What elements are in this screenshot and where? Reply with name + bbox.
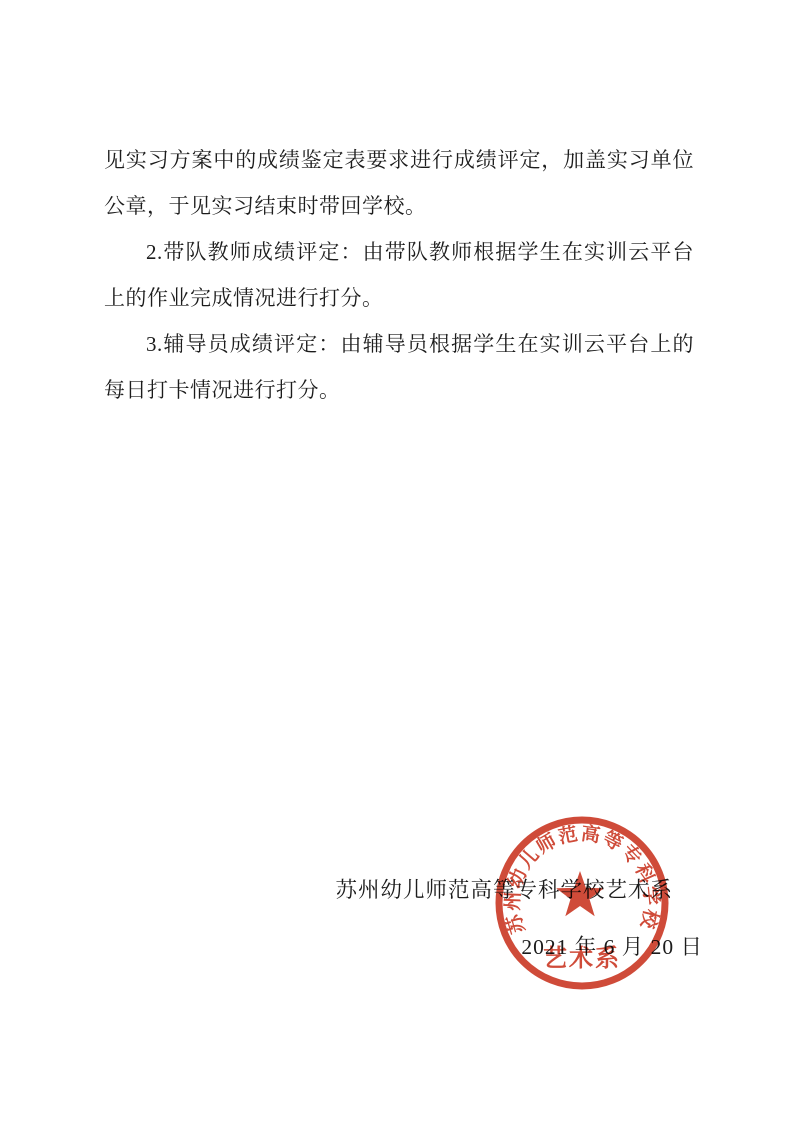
signature-line: 苏州幼儿师范高等专科学校艺术系 [335,867,673,913]
date-line: 2021 年 6 月 20 日 [521,924,703,970]
document-body: 见实习方案中的成绩鉴定表要求进行成绩评定，加盖实习单位公章，于见实习结束时带回学… [104,137,694,413]
paragraph-item-3: 3.辅导员成绩评定：由辅导员根据学生在实训云平台上的每日打卡情况进行打分。 [104,321,694,413]
paragraph-item-2: 2.带队教师成绩评定：由带队教师根据学生在实训云平台上的作业完成情况进行打分。 [104,229,694,321]
document-page: 见实习方案中的成绩鉴定表要求进行成绩评定，加盖实习单位公章，于见实习结束时带回学… [0,0,794,1123]
paragraph-continuation: 见实习方案中的成绩鉴定表要求进行成绩评定，加盖实习单位公章，于见实习结束时带回学… [104,137,694,229]
